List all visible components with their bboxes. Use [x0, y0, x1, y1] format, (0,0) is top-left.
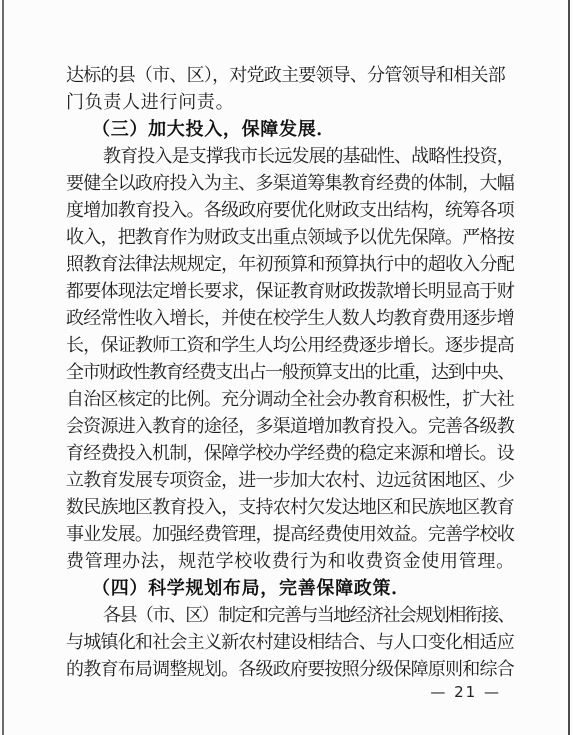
text-line: 自治区核定的比例。充分调动全社会办教育积极性，扩大社 — [66, 386, 514, 413]
page-number: — 21 — — [430, 683, 501, 701]
section-heading: （四）科学规划布局，完善保障政策． — [92, 575, 514, 602]
text-line: 度增加教育投入。各级政府要优化财政支出结构，统筹各项 — [66, 197, 514, 224]
text-line: 政经常性收入增长，并使在校学生人数人均教育费用逐步增 — [66, 305, 514, 332]
text-line: 立教育发展专项资金，进一步加大农村、边远贫困地区、少 — [66, 467, 514, 494]
text-line: 的教育布局调整规划。各级政府要按照分级保障原则和综合 — [66, 656, 514, 683]
text-line: 会资源进入教育的途径，多渠道增加教育投入。完善各级教 — [66, 413, 514, 440]
text-line: 照教育法律法规规定，年初预算和预算执行中的超收入分配 — [66, 251, 514, 278]
document-body: 达标的县（市、区），对党政主要领导、分管领导和相关部门负责人进行问责。（三）加大… — [66, 62, 514, 683]
text-line: 都要体现法定增长要求，保证教育财政拨款增长明显高于财 — [66, 278, 514, 305]
text-line: 数民族地区教育投入，支持农村欠发达地区和民族地区教育 — [66, 494, 514, 521]
text-line: 长，保证教师工资和学生人均公用经费逐步增长。逐步提高 — [66, 332, 514, 359]
page-edge-right-line — [568, 0, 570, 735]
text-line: 费管理办法，规范学校收费行为和收费资金使用管理。 — [66, 548, 514, 575]
text-line: 事业发展。加强经费管理，提高经费使用效益。完善学校收 — [66, 521, 514, 548]
text-line: 达标的县（市、区），对党政主要领导、分管领导和相关部 — [66, 62, 514, 89]
text-line: 教育投入是支撑我市长远发展的基础性、战略性投资， — [103, 143, 514, 170]
page-edge-left-line — [2, 0, 4, 735]
text-line: 要健全以政府投入为主、多渠道筹集教育经费的体制，大幅 — [66, 170, 514, 197]
scanned-document-page: 达标的县（市、区），对党政主要领导、分管领导和相关部门负责人进行问责。（三）加大… — [0, 0, 573, 735]
text-line: 收入，把教育作为财政支出重点领域予以优先保障。严格按 — [66, 224, 514, 251]
text-line: 与城镇化和社会主义新农村建设相结合、与人口变化相适应 — [66, 629, 514, 656]
text-line: 门负责人进行问责。 — [66, 89, 514, 116]
text-line: 各县（市、区）制定和完善与当地经济社会规划相衔接、 — [103, 602, 514, 629]
section-heading: （三）加大投入，保障发展． — [92, 116, 514, 143]
text-line: 全市财政性教育经费支出占一般预算支出的比重，达到中央、 — [66, 359, 514, 386]
text-line: 育经费投入机制，保障学校办学经费的稳定来源和增长。设 — [66, 440, 514, 467]
